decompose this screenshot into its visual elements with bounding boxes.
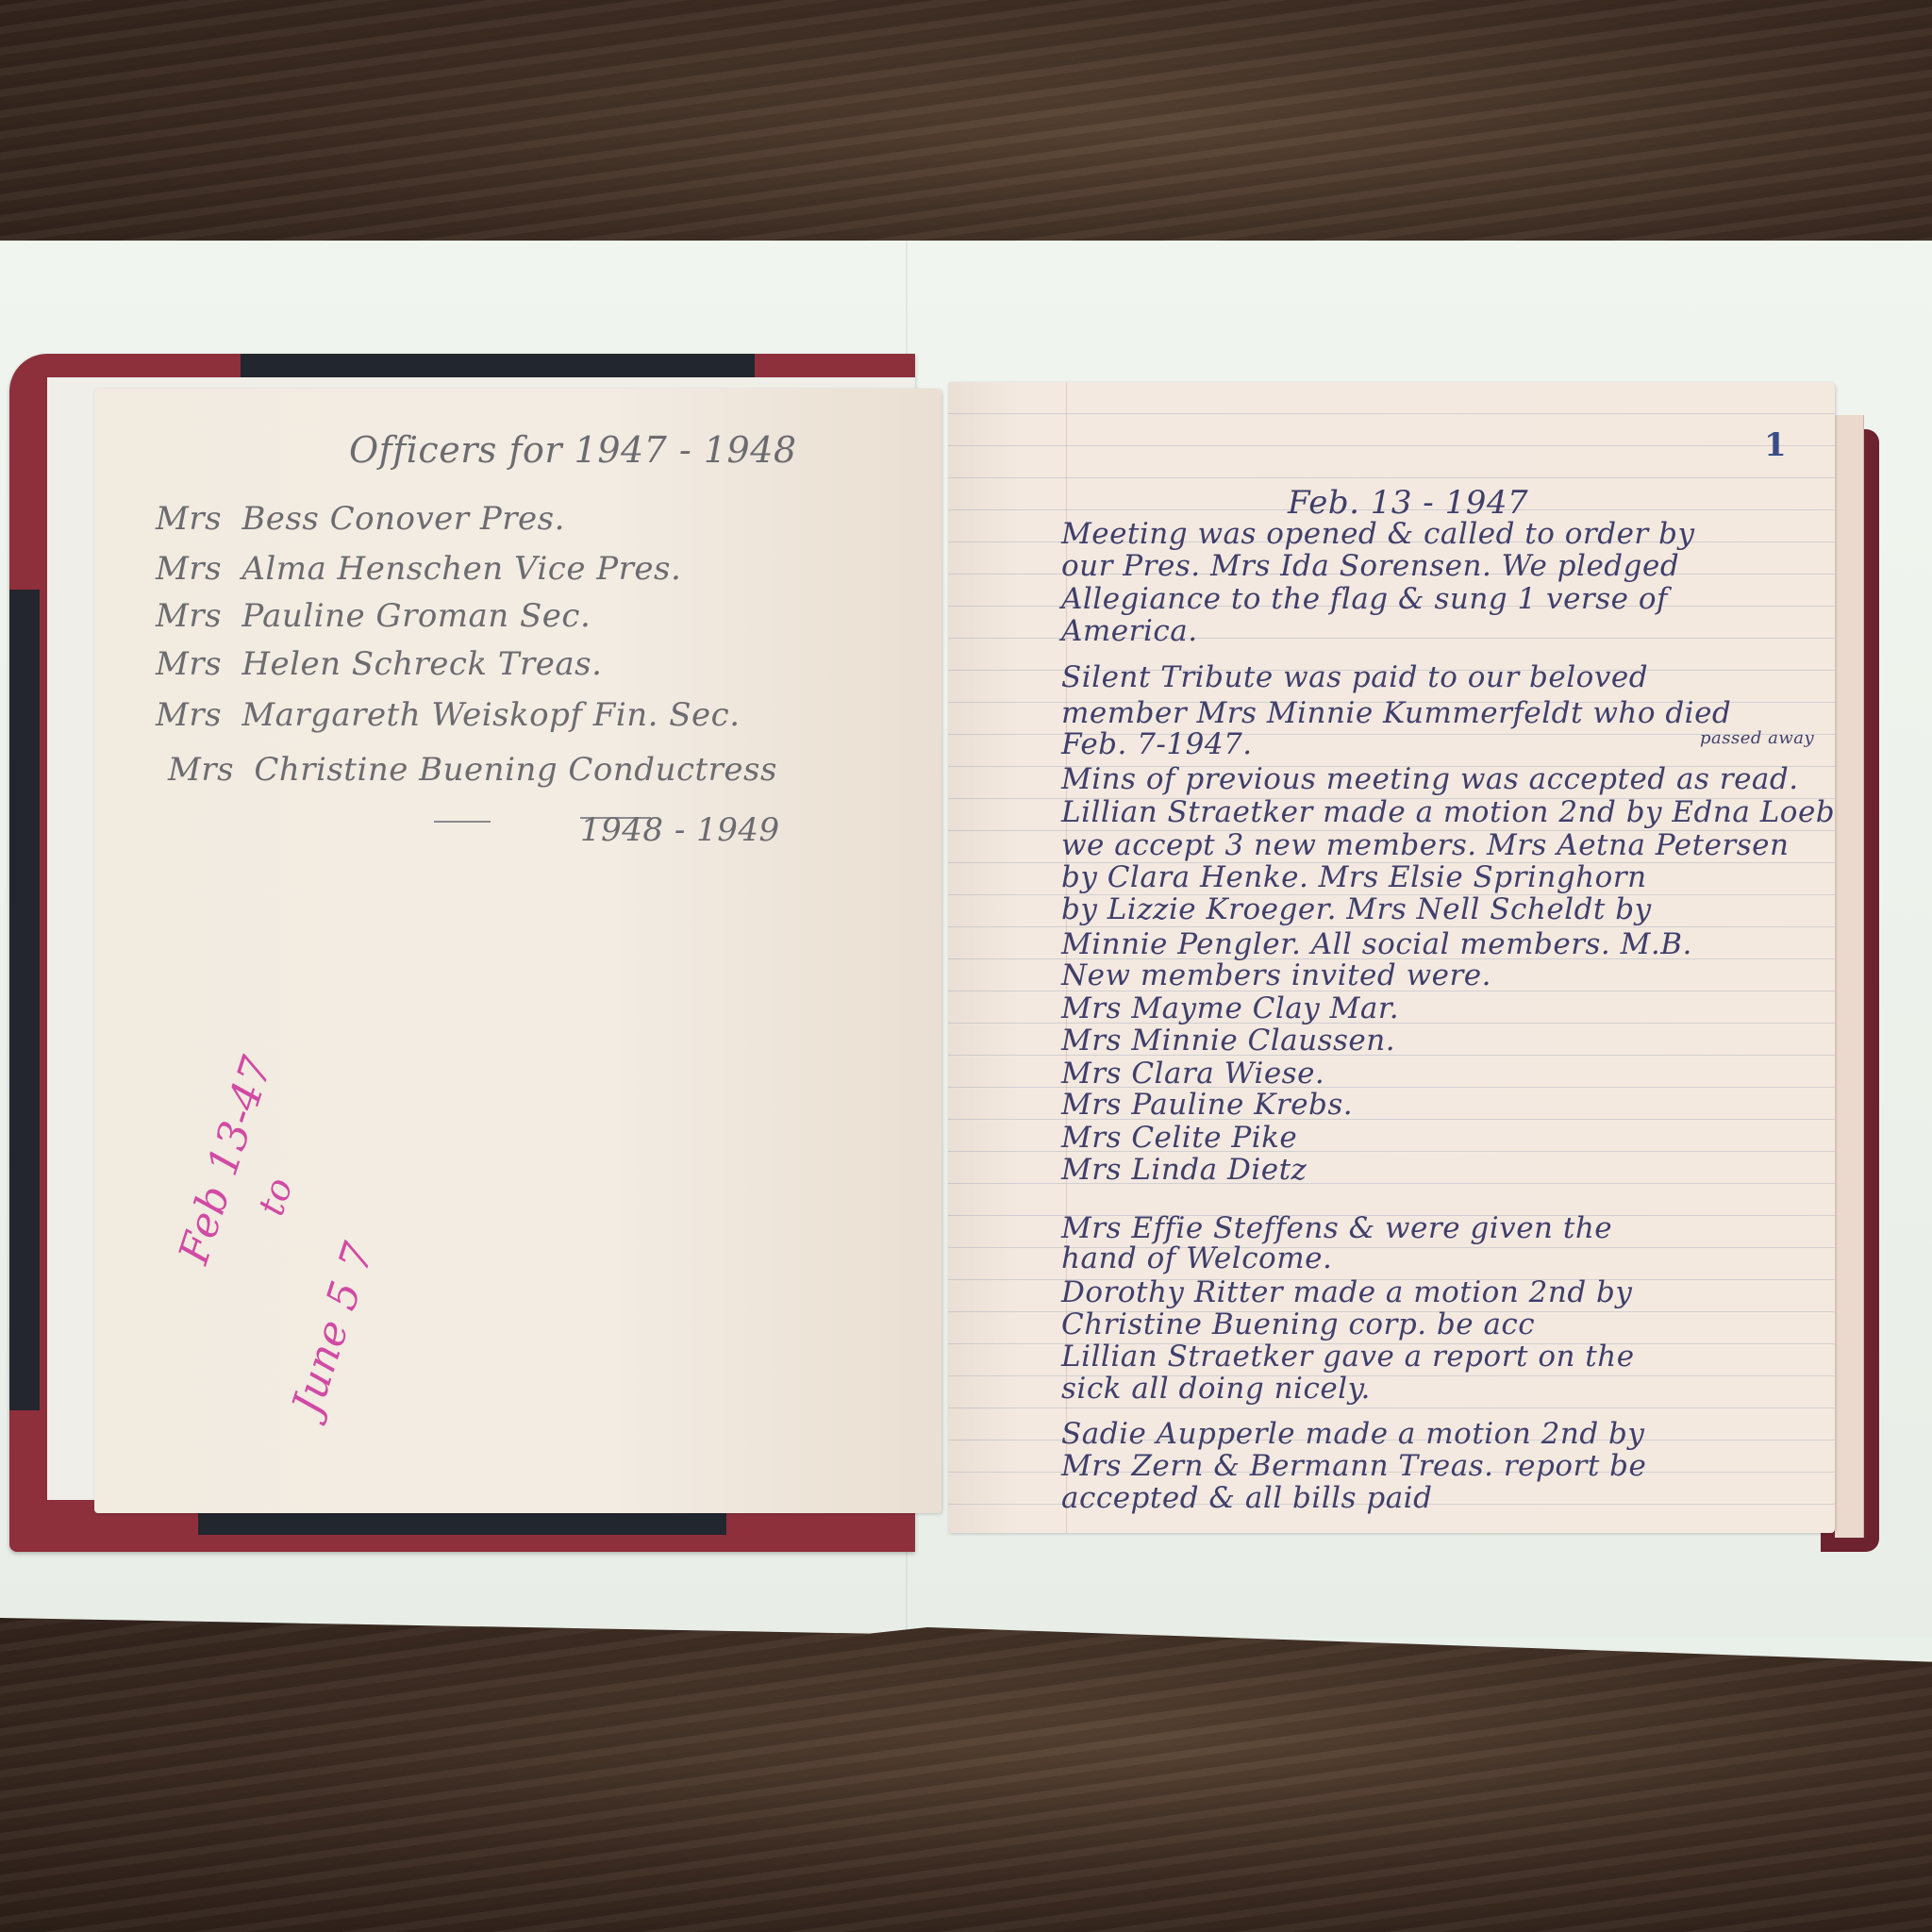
insertion-above: passed away — [1700, 728, 1814, 748]
officer-role: Fin. Sec. — [593, 696, 741, 734]
minutes-line: Minnie Pengler. All social members. M.B. — [1061, 927, 1692, 961]
minutes-line: Lillian Straetker gave a report on the — [1061, 1340, 1635, 1374]
minutes-line: Allegiance to the flag & sung 1 verse of — [1061, 582, 1668, 616]
minutes-line: Mins of previous meeting was accepted as… — [1061, 762, 1799, 796]
minutes-line: Silent Tribute was paid to our beloved — [1061, 660, 1648, 694]
minutes-line: we accept 3 new members. Mrs Aetna Peter… — [1061, 828, 1789, 862]
officer-name: Helen Schreck — [241, 645, 487, 683]
minutes-line: Mrs Minnie Claussen. — [1061, 1024, 1395, 1058]
officer-row: Mrs Bess Conover Pres. — [156, 500, 565, 538]
page-edges — [1835, 415, 1864, 1538]
officer-name: Bess Conover — [241, 500, 469, 538]
minutes-line: member Mrs Minnie Kummerfeldt who died — [1061, 696, 1731, 730]
officer-row: Mrs Helen Schreck Treas. — [156, 645, 602, 683]
officer-role: Conductress — [568, 751, 777, 789]
officer-prefix: Mrs — [168, 751, 243, 789]
minutes-line: Mrs Pauline Krebs. — [1061, 1088, 1353, 1122]
minutes-line: Meeting was opened & called to order by — [1061, 517, 1694, 551]
officer-row: Mrs Christine Buening Conductress — [168, 751, 777, 789]
minutes-line: Sadie Aupperle made a motion 2nd by — [1061, 1417, 1644, 1451]
officer-row: Mrs Margareth Weiskopf Fin. Sec. — [156, 696, 741, 734]
officers-title: Officers for 1947 - 1948 — [349, 429, 797, 471]
officer-name: Christine Buening — [254, 751, 558, 789]
minutes-line: Christine Buening corp. be acc — [1061, 1307, 1535, 1341]
officer-name: Margareth Weiskopf — [241, 696, 582, 734]
officer-role: Vice Pres. — [514, 550, 681, 588]
wood-table-bottom — [0, 1618, 1932, 1932]
minutes-line: Mrs Celite Pike — [1061, 1121, 1297, 1155]
officer-prefix: Mrs — [156, 645, 231, 683]
minutes-line: Mrs Linda Dietz — [1061, 1153, 1307, 1187]
minutes-date: Feb. 13 - 1947 — [1288, 484, 1528, 522]
minutes-line: sick all doing nicely. — [1061, 1372, 1371, 1406]
officer-row: Mrs Pauline Groman Sec. — [156, 597, 591, 635]
minutes-line: Mrs Effie Steffens & were given the — [1061, 1211, 1612, 1245]
minutes-line: our Pres. Mrs Ida Sorensen. We pledged — [1061, 549, 1679, 583]
minutes-line: by Clara Henke. Mrs Elsie Springhorn — [1061, 860, 1647, 894]
minutes-line: Feb. 7-1947. — [1061, 727, 1253, 761]
minutes-line: Mrs Zern & Bermann Treas. report be — [1061, 1449, 1646, 1483]
minutes-line: America. — [1061, 614, 1198, 648]
minutes-line: Mrs Clara Wiese. — [1061, 1057, 1324, 1091]
officer-row: Mrs Alma Henschen Vice Pres. — [156, 550, 681, 588]
next-term-years: 1948 - 1949 — [580, 811, 780, 849]
cover-binding-bottom — [198, 1512, 726, 1535]
pencil-dash — [434, 821, 491, 823]
officer-role: Sec. — [520, 597, 591, 635]
minutes-line: accepted & all bills paid — [1061, 1481, 1432, 1515]
minutes-line: by Lizzie Kroeger. Mrs Nell Scheldt by — [1061, 892, 1652, 926]
officer-name: Alma Henschen — [241, 550, 503, 588]
minutes-line: Lillian Straetker made a motion 2nd by E… — [1061, 795, 1835, 829]
minutes-line: hand of Welcome. — [1061, 1241, 1332, 1275]
officer-prefix: Mrs — [156, 550, 231, 588]
officer-role: Treas. — [498, 645, 603, 683]
officer-prefix: Mrs — [156, 696, 231, 734]
officer-name: Pauline Groman — [241, 597, 508, 635]
officer-prefix: Mrs — [156, 500, 231, 538]
officer-role: Pres. — [480, 500, 565, 538]
minutes-line: New members invited were. — [1061, 958, 1491, 992]
minutes-line: Mrs Mayme Clay Mar. — [1061, 991, 1399, 1025]
cover-binding-side — [9, 590, 40, 1410]
minutes-line: Dorothy Ritter made a motion 2nd by — [1061, 1275, 1632, 1309]
officer-prefix: Mrs — [156, 597, 231, 635]
page-number: 1 — [1764, 426, 1787, 464]
